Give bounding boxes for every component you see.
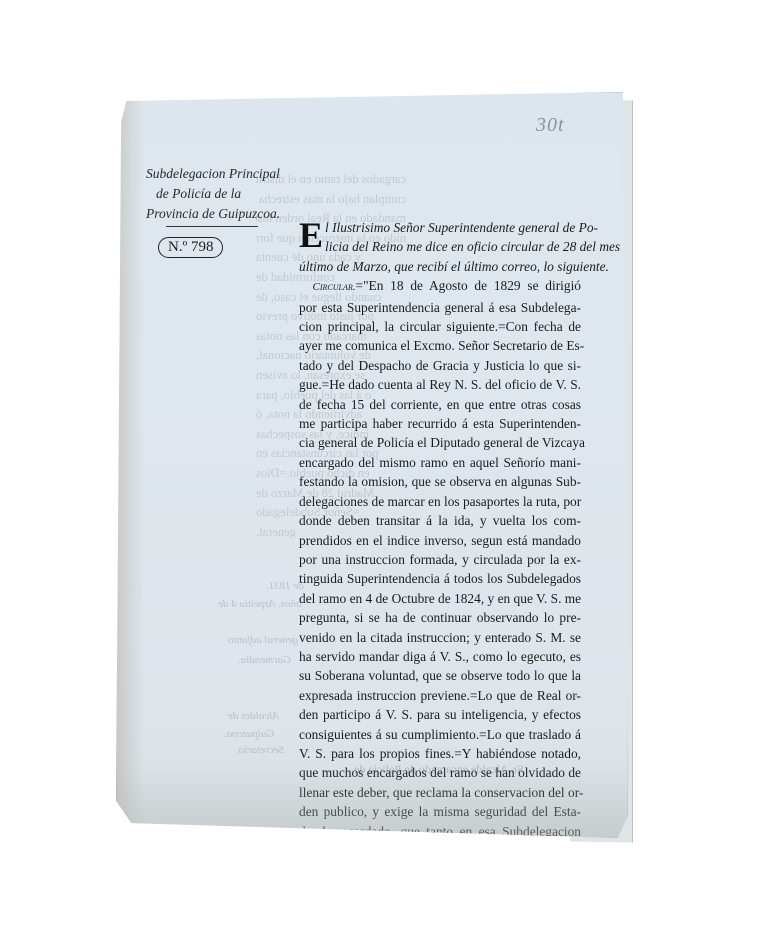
bleed-through-place: años. Azpeitia 4 de — [218, 598, 302, 610]
body-line: prendidos en el indice inverso, segun es… — [299, 531, 581, 550]
body-line: tinguida Superintendencia á todos los Su… — [299, 569, 581, 588]
body-line: llenar este deber, que reclama la conser… — [299, 783, 581, 802]
pencil-annotation: 30t — [536, 114, 565, 137]
body-line: V. S. para los propios fines.=Y habiéndo… — [299, 744, 581, 763]
body-line: den participo á V. S. para su inteligenc… — [299, 705, 581, 724]
body-line: ha servido mandar diga á V. S., como lo … — [299, 647, 581, 666]
body-line: delegaciones de marcar en los pasaportes… — [299, 492, 581, 511]
bleed-through-secretary-2: Guipuzcoa. — [224, 728, 274, 740]
body-line: de fecha 15 del corriente, en que entre … — [299, 395, 581, 414]
bleed-through-signer-title: general adjunto — [228, 634, 298, 646]
bleed-through-secretary-1: Alcaldes de — [228, 710, 279, 722]
document-page: 30t cargados del ramo en el distrito cum… — [116, 92, 628, 838]
body-line: cion principal, la circular siguiente.=C… — [299, 317, 581, 336]
body-line: ayer me comunica el Excmo. Señor Secreta… — [299, 336, 581, 355]
body-line: cia general de Policía el Diputado gener… — [299, 433, 581, 452]
body-line: donde deben transitar á la ida, y vuelta… — [299, 511, 581, 530]
body-line: por una instruccion formada, y circulada… — [299, 550, 581, 569]
issuer-header: Subdelegacion Principal de Policía de la… — [146, 164, 316, 224]
header-divider — [166, 226, 258, 227]
body-line: Circular.="En 18 de Agosto de 1829 se di… — [299, 276, 581, 297]
intro-line: l Ilustrisimo Señor Superintendente gene… — [299, 218, 581, 237]
intro-line: último de Marzo, que recibí el último co… — [299, 257, 581, 276]
body-line: expresada instruccion previene.=Lo que d… — [299, 686, 581, 705]
bleed-through-signer-name: Garmendia. — [238, 654, 291, 666]
bleed-through-secretary-3: Secretario. — [236, 744, 284, 756]
intro-line: licia del Reino me dice en oficio circul… — [299, 237, 581, 256]
body-line: festando la omision, que se observa en a… — [299, 472, 581, 491]
body-line: encargado del mismo ramo en aquel Señorí… — [299, 453, 581, 472]
body-line: por esta Superintendencia general á esa … — [299, 298, 581, 317]
body-line: me participa haber recurrido á esta Supe… — [299, 414, 581, 433]
drop-cap: E — [299, 220, 323, 250]
body-line: tado y del Despacho de Gracia y Justicia… — [299, 356, 581, 375]
body-line: principal, como en las de sus partidos, … — [299, 841, 581, 860]
body-line: gue.=He dado cuenta al Rey N. S. del ofi… — [299, 375, 581, 394]
body-line: del ramo en 4 de Octubre de 1824, y en q… — [299, 589, 581, 608]
body-line: pregunta, si se ha de continuar observan… — [299, 608, 581, 627]
body-line: den publico, y exige la misma seguridad … — [299, 802, 581, 821]
circular-label: Circular. — [313, 281, 356, 293]
body-line: do; he acordado, que tanto en esa Subdel… — [299, 822, 581, 841]
circular-number-badge: N.º 798 — [158, 237, 223, 258]
body-line: su Soberana voluntad, que se observe tod… — [299, 666, 581, 685]
body-line: consiguientes á su cumplimiento.=Lo que … — [299, 725, 581, 744]
bleed-through-addressee: Sr. Alcalde encargado de Policía de — [354, 762, 524, 777]
body-line: venido en la citada instruccion; y enter… — [299, 628, 581, 647]
